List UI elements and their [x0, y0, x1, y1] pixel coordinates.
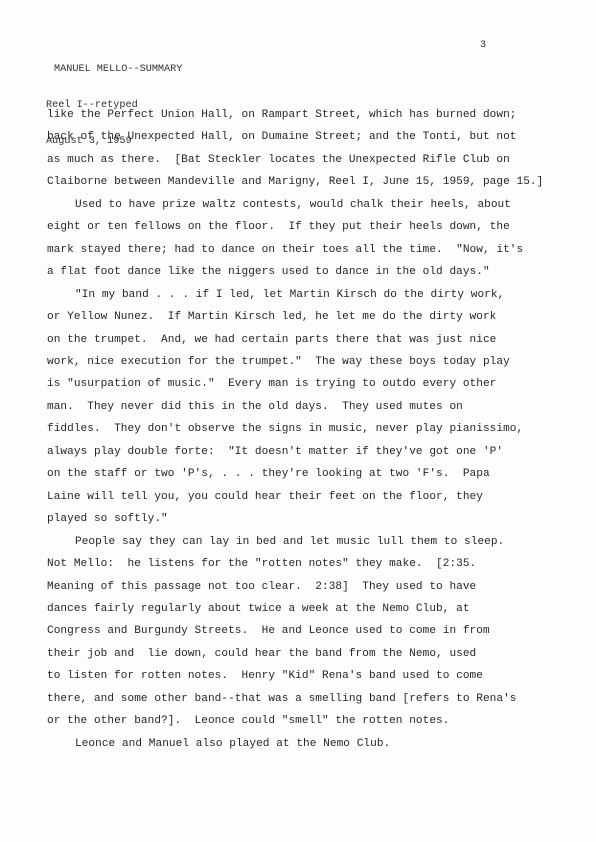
text-line: Claiborne between Mandeville and Marigny… — [47, 171, 567, 193]
text-line: Meaning of this passage not too clear. 2… — [47, 576, 567, 598]
text-line: fiddles. They don't observe the signs in… — [47, 418, 567, 440]
text-line: Used to have prize waltz contests, would… — [47, 194, 567, 216]
text-line: played so softly." — [47, 508, 567, 530]
text-line: like the Perfect Union Hall, on Rampart … — [47, 104, 567, 126]
document-page: MANUEL MELLO--SUMMARY Reel I--retyped Au… — [0, 0, 596, 842]
text-line: there, and some other band--that was a s… — [47, 688, 567, 710]
text-line: as much as there. [Bat Steckler locates … — [47, 149, 567, 171]
text-line: always play double forte: "It doesn't ma… — [47, 441, 567, 463]
text-line: Leonce and Manuel also played at the Nem… — [47, 733, 567, 755]
document-title: MANUEL MELLO--SUMMARY — [46, 64, 182, 76]
text-line: on the trumpet. And, we had certain part… — [47, 329, 567, 351]
text-line: is "usurpation of music." Every man is t… — [47, 373, 567, 395]
text-line: their job and lie down, could hear the b… — [47, 643, 567, 665]
text-line: or Yellow Nunez. If Martin Kirsch led, h… — [47, 306, 567, 328]
text-line: a flat foot dance like the niggers used … — [47, 261, 567, 283]
page-number: 3 — [480, 40, 486, 52]
text-line: work, nice execution for the trumpet." T… — [47, 351, 567, 373]
text-line: to listen for rotten notes. Henry "Kid" … — [47, 665, 567, 687]
text-line: or the other band?]. Leonce could "smell… — [47, 710, 567, 732]
text-line: "In my band . . . if I led, let Martin K… — [47, 284, 567, 306]
text-line: man. They never did this in the old days… — [47, 396, 567, 418]
text-line: on the staff or two 'P's, . . . they're … — [47, 463, 567, 485]
text-line: Not Mello: he listens for the "rotten no… — [47, 553, 567, 575]
text-line: dances fairly regularly about twice a we… — [47, 598, 567, 620]
text-line: eight or ten fellows on the floor. If th… — [47, 216, 567, 238]
document-body: like the Perfect Union Hall, on Rampart … — [47, 104, 567, 755]
text-line: mark stayed there; had to dance on their… — [47, 239, 567, 261]
text-line: Congress and Burgundy Streets. He and Le… — [47, 620, 567, 642]
text-line: back of the Unexpected Hall, on Dumaine … — [47, 126, 567, 148]
text-line: People say they can lay in bed and let m… — [47, 531, 567, 553]
text-line: Laine will tell you, you could hear thei… — [47, 486, 567, 508]
